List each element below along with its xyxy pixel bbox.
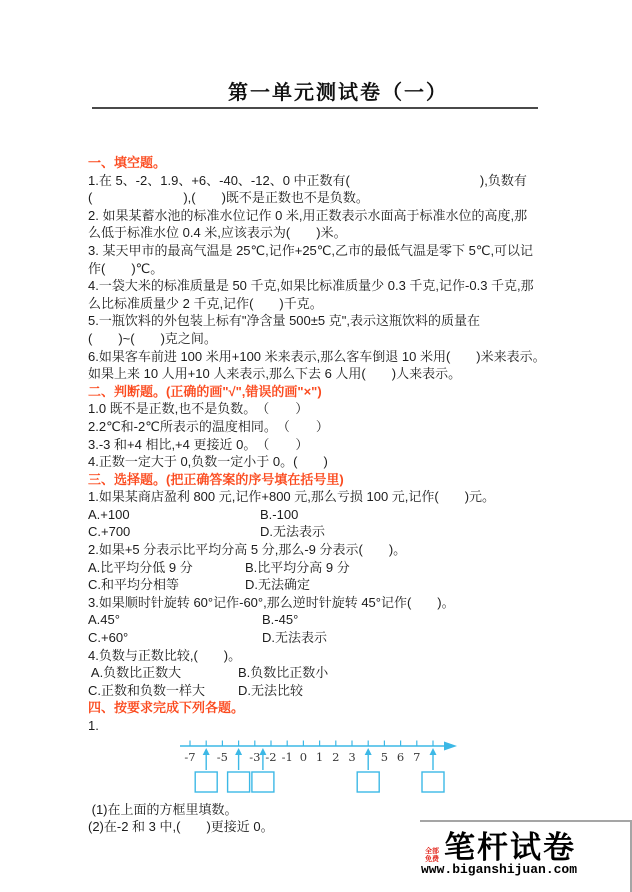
question-line: 1. — [88, 717, 558, 735]
question-line: 4.一袋大米的标准质量是 50 千克,如果比标准质量少 0.3 千克,记作-0.… — [88, 277, 558, 295]
option-label: D.无法比较 — [238, 682, 303, 700]
question-line: 3.如果顺时针旋转 60°记作-60°,那么逆时针旋转 45°记作( )。 — [88, 594, 558, 612]
question-line: 么低于标准水位 0.4 米,应该表示为( )米。 — [88, 224, 558, 242]
number-line-svg: -7-5-3-2-10123567 — [180, 737, 459, 797]
svg-text:2: 2 — [332, 750, 339, 764]
options-row: C.正数和负数一样大D.无法比较 — [88, 682, 558, 700]
question-line: 5.一瓶饮料的外包装上标有"净含量 500±5 克",表示这瓶饮料的质量在 — [88, 312, 558, 330]
section-header-3: 三、选择题。(把正确答案的序号填在括号里) — [88, 471, 558, 489]
option-label: B.负数比正数小 — [238, 664, 328, 682]
question-line: 2.2℃和-2℃所表示的温度相同。 （ ） — [88, 418, 558, 436]
option-label: C.+60° — [88, 629, 262, 647]
option-label: A.+100 — [88, 506, 260, 524]
fill-in-box — [422, 772, 444, 792]
option-label: C.+700 — [88, 523, 260, 541]
fill-in-box — [357, 772, 379, 792]
svg-text:-1: -1 — [282, 750, 293, 764]
option-label: C.正数和负数一样大 — [88, 682, 238, 700]
options-row: C.和平均分相等D.无法确定 — [88, 576, 558, 594]
option-label: A.45° — [88, 611, 262, 629]
option-label: C.和平均分相等 — [88, 576, 245, 594]
question-line: 1.如果某商店盈利 800 元,记作+800 元,那么亏损 100 元,记作( … — [88, 488, 558, 506]
page-title: 第一单元测试卷（一） — [92, 80, 538, 106]
question-line: 如果上来 10 人用+10 人来表示,那么下去 6 人用( )人来表示。 — [88, 365, 558, 383]
question-line: 1.在 5、-2、1.9、+6、-40、-12、0 中正数有( ),负数有 — [88, 172, 558, 190]
svg-text:5: 5 — [381, 750, 388, 764]
question-line: (1)在上面的方框里填数。 — [88, 801, 558, 819]
option-label: B.比平均分高 9 分 — [245, 559, 350, 577]
section-header-4: 四、按要求完成下列各题。 — [88, 699, 558, 717]
svg-text:-2: -2 — [265, 750, 276, 764]
option-label: D.无法表示 — [260, 523, 325, 541]
title-block: 第一单元测试卷（一） — [92, 80, 538, 109]
options-row: C.+60°D.无法表示 — [88, 629, 558, 647]
question-sheet: 一、填空题。 1.在 5、-2、1.9、+6、-40、-12、0 中正数有( )… — [88, 154, 558, 836]
question-line: 么比标准质量少 2 千克,记作( )千克。 — [88, 295, 558, 313]
option-label: D.无法表示 — [262, 629, 327, 647]
section-header-1: 一、填空题。 — [88, 154, 558, 172]
svg-text:0: 0 — [300, 750, 307, 764]
question-line: ( ),( )既不是正数也不是负数。 — [88, 189, 558, 207]
svg-text:1: 1 — [316, 750, 323, 764]
question-line: 3. 某天甲市的最高气温是 25℃,记作+25℃,乙市的最低气温是零下 5℃,可… — [88, 242, 558, 260]
options-row: A.45°B.-45° — [88, 611, 558, 629]
question-line: ( )~( )克之间。 — [88, 330, 558, 348]
option-label: D.无法确定 — [245, 576, 310, 594]
question-line: 6.如果客车前进 100 米用+100 米来表示,那么客车倒退 10 米用( )… — [88, 348, 558, 366]
options-row: A.负数比正数大B.负数比正数小 — [88, 664, 558, 682]
options-row: A.比平均分低 9 分B.比平均分高 9 分 — [88, 559, 558, 577]
option-label: A.负数比正数大 — [88, 664, 238, 682]
question-line: 2. 如果某蓄水池的标准水位记作 0 米,用正数表示水面高于标准水位的高度,那 — [88, 207, 558, 225]
fill-in-box — [228, 772, 250, 792]
fill-in-box — [252, 772, 274, 792]
fill-in-box — [195, 772, 217, 792]
question-line: 4.负数与正数比较,( )。 — [88, 647, 558, 665]
question-line: 2.如果+5 分表示比平均分高 5 分,那么-9 分表示( )。 — [88, 541, 558, 559]
svg-text:-3: -3 — [249, 750, 260, 764]
svg-text:-7: -7 — [184, 750, 195, 764]
option-label: B.-45° — [262, 611, 298, 629]
option-label: A.比平均分低 9 分 — [88, 559, 245, 577]
svg-text:3: 3 — [348, 750, 355, 764]
question-line: 3.-3 和+4 相比,+4 更接近 0。 （ ） — [88, 436, 558, 454]
number-line-figure: -7-5-3-2-10123567 — [180, 737, 558, 799]
options-row: A.+100B.-100 — [88, 506, 558, 524]
watermark: 全部免费 笔杆试卷 www.biganshijuan.com — [420, 820, 632, 892]
question-line: 1.0 既不是正数,也不是负数。 （ ） — [88, 400, 558, 418]
question-line: 作( )℃。 — [88, 260, 558, 278]
watermark-brand: 笔杆试卷 — [444, 822, 576, 867]
section-header-2: 二、判断题。(正确的画"√",错误的画"×") — [88, 383, 558, 401]
watermark-free-label: 全部免费 — [425, 848, 441, 863]
svg-text:7: 7 — [413, 750, 420, 764]
svg-text:6: 6 — [397, 750, 404, 764]
watermark-url: www.biganshijuan.com — [421, 862, 577, 877]
options-row: C.+700D.无法表示 — [88, 523, 558, 541]
svg-text:-5: -5 — [217, 750, 228, 764]
question-line: 4.正数一定大于 0,负数一定小于 0。( ) — [88, 453, 558, 471]
option-label: B.-100 — [260, 506, 298, 524]
